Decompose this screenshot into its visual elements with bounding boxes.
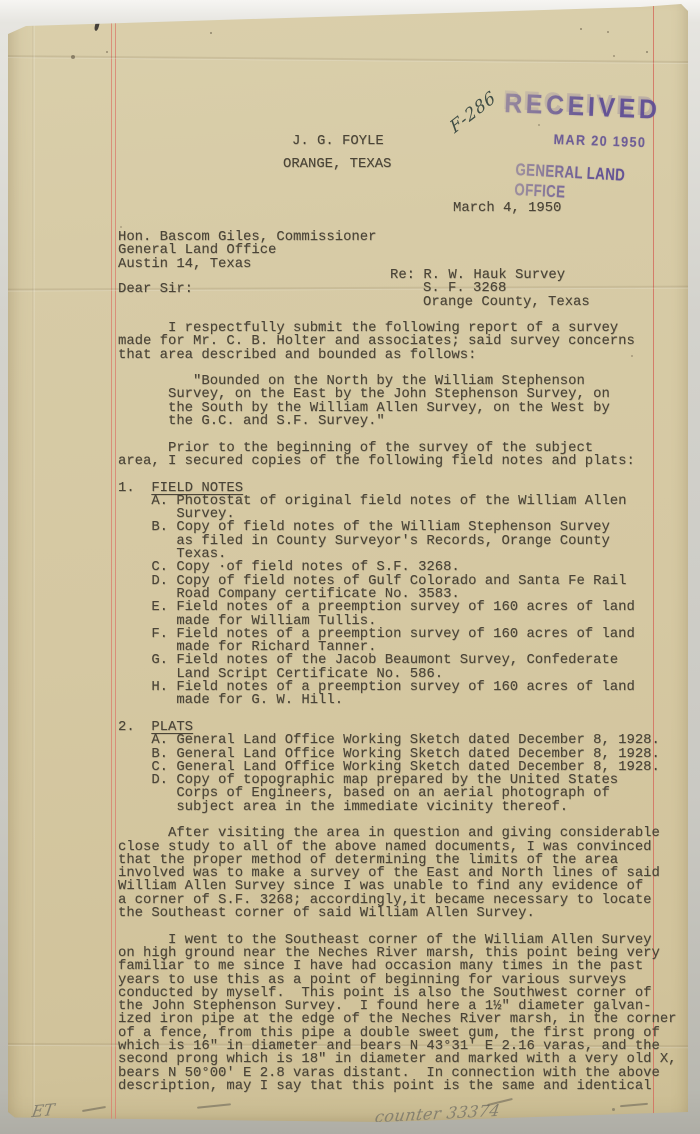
pencil-dash — [82, 1106, 106, 1112]
typed-line: made for G. W. Hill. — [118, 694, 677, 707]
ink-blot — [94, 20, 101, 32]
handwritten-file-number: F-286 — [447, 87, 500, 138]
date-line: March 4, 1950 — [453, 202, 561, 215]
typed-line — [118, 708, 677, 721]
typed-line: that area described and bounded as follo… — [118, 349, 677, 362]
pencil-dash — [197, 1103, 231, 1109]
paper-edge-crease — [32, 4, 35, 1122]
received-stamp-word: RECEIVED — [504, 88, 662, 126]
recipient-city: Austin 14, Texas — [118, 258, 251, 271]
letter-body: I respectfully submit the following repo… — [118, 322, 677, 1093]
paper-crease — [8, 286, 688, 292]
letterhead-city: ORANGE, TEXAS — [283, 158, 391, 171]
handwritten-counter-note: counter 33374 — [374, 1101, 502, 1127]
paper-crease — [8, 55, 688, 64]
salutation: Dear Sir: — [118, 283, 193, 296]
archival-photo-backdrop: { "letterhead": { "name": "J. G. FOYLE",… — [0, 0, 700, 1134]
paper-specks — [8, 4, 10, 6]
left-margin-rule-inner — [115, 4, 116, 1122]
received-stamp-date: MAR 20 1950 — [553, 131, 646, 150]
typed-line: area, I secured copies of the following … — [118, 455, 677, 468]
letter-page: J. G. FOYLE ORANGE, TEXAS RECEIVED MAR 2… — [8, 4, 688, 1122]
pencil-dot — [612, 1108, 615, 1111]
typed-line: description, may I say that this point i… — [118, 1080, 677, 1093]
typed-line: the Southeast corner of said William All… — [118, 907, 677, 920]
typed-line: the G.C. and S.F. Survey." — [118, 415, 677, 428]
re-line-3: Orange County, Texas — [423, 296, 590, 309]
handwritten-initials: ET — [31, 1100, 56, 1121]
letterhead-name: J. G. FOYLE — [292, 135, 384, 148]
pencil-dash — [620, 1103, 648, 1107]
typed-line: subject area in the immediate vicinity t… — [118, 801, 677, 814]
left-margin-rule — [111, 4, 112, 1122]
